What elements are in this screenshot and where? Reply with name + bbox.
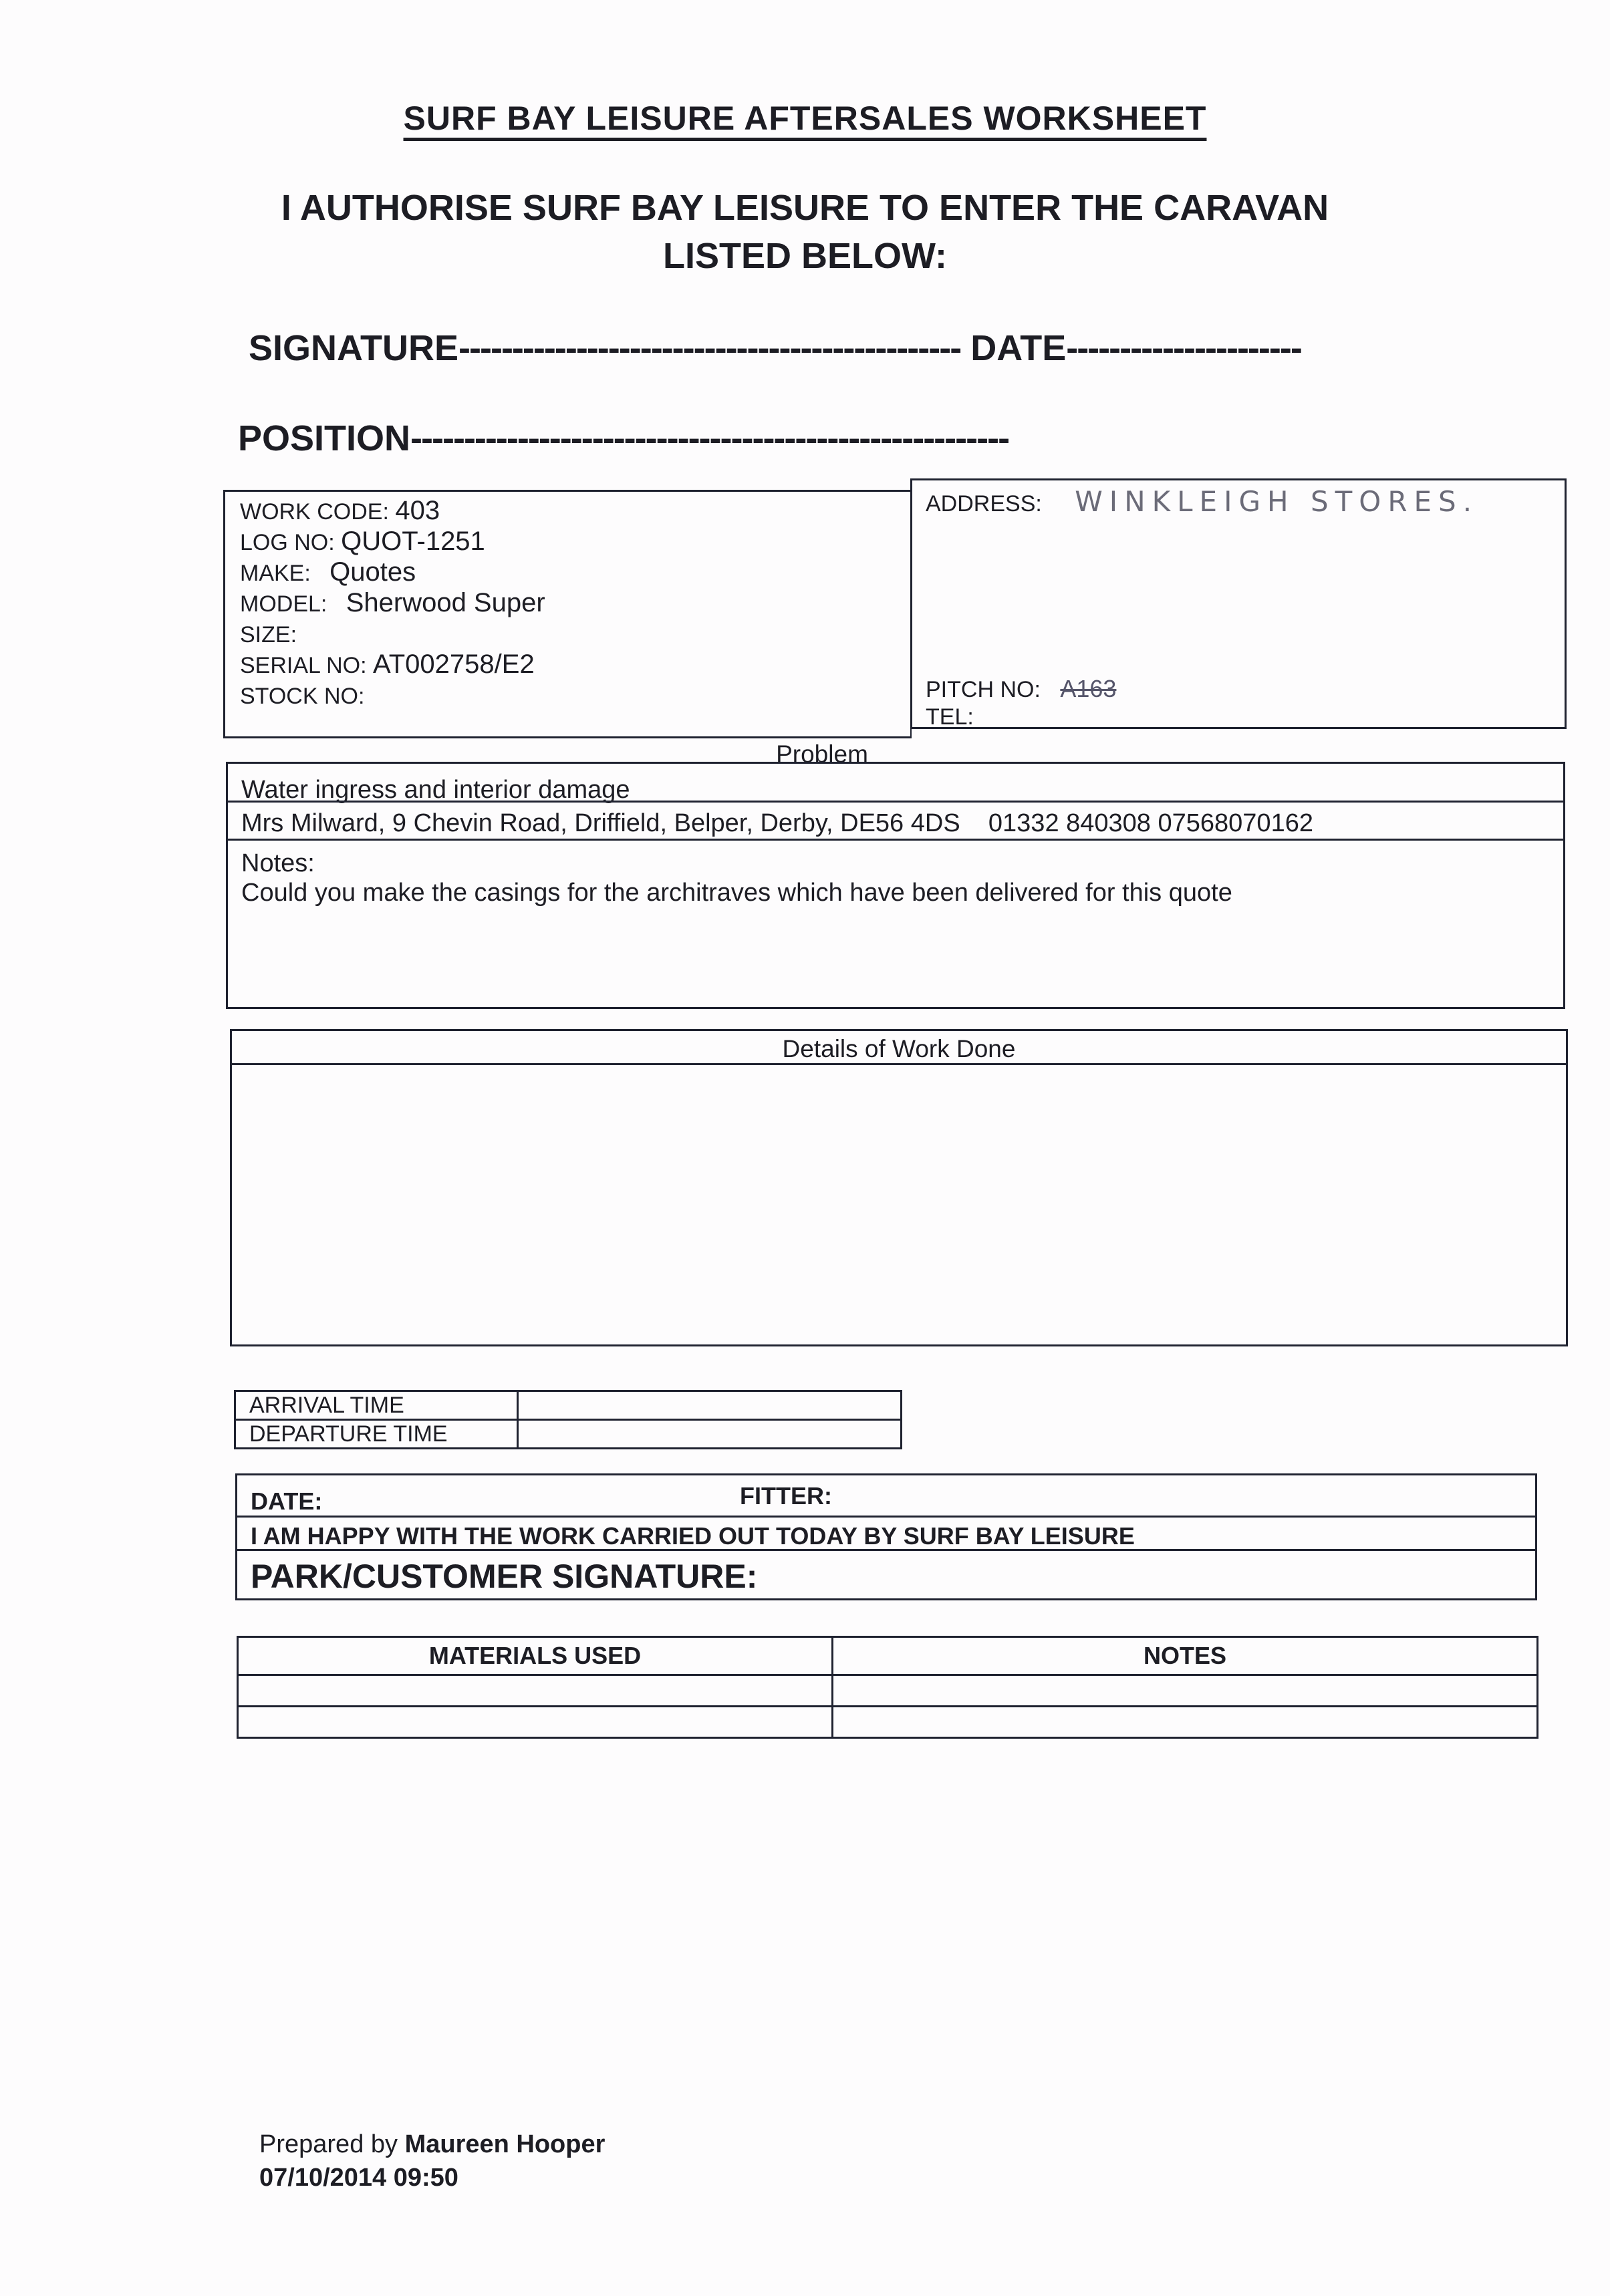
arrival-row: ARRIVAL TIME <box>235 1391 902 1420</box>
authorisation-statement: I AUTHORISE SURF BAY LEISURE TO ENTER TH… <box>0 184 1610 280</box>
times-table: ARRIVAL TIME DEPARTURE TIME <box>234 1390 902 1449</box>
signature-field[interactable]: ----------------------------------------… <box>458 328 960 368</box>
caravan-details-box: WORK CODE: 403 LOG NO: QUOT-1251 MAKE: Q… <box>223 490 912 738</box>
pitch-no-label: PITCH NO: <box>926 677 1041 702</box>
serial-no-label: SERIAL NO: <box>240 653 367 678</box>
model-row: MODEL: Sherwood Super <box>240 588 545 619</box>
log-no-value: QUOT-1251 <box>341 527 485 556</box>
position-field[interactable]: ----------------------------------------… <box>410 418 1009 458</box>
work-code-value: 403 <box>395 496 440 525</box>
arrival-time-label: ARRIVAL TIME <box>235 1391 518 1420</box>
position-line: POSITION--------------------------------… <box>238 418 1009 459</box>
worksheet-title-text: SURF BAY LEISURE AFTERSALES WORKSHEET <box>404 100 1207 137</box>
notes-cell[interactable] <box>833 1675 1538 1707</box>
serial-no-value: AT002758/E2 <box>373 650 535 679</box>
address-label: ADDRESS: <box>926 491 1042 517</box>
satisfaction-statement: I AM HAPPY WITH THE WORK CARRIED OUT TOD… <box>251 1522 1135 1550</box>
size-row: SIZE: <box>240 619 545 650</box>
notes-header: NOTES <box>833 1637 1538 1675</box>
arrival-time-field[interactable] <box>518 1391 902 1420</box>
materials-used-header: MATERIALS USED <box>238 1637 833 1675</box>
pitch-no-value-struck: A163 <box>1060 675 1116 702</box>
date-label: DATE <box>970 328 1066 368</box>
make-row: MAKE: Quotes <box>240 557 545 588</box>
problem-box: Water ingress and interior damage Mrs Mi… <box>226 762 1565 1009</box>
materials-cell[interactable] <box>238 1707 833 1738</box>
worksheet-title: SURF BAY LEISURE AFTERSALES WORKSHEET <box>0 99 1610 138</box>
stock-no-row: STOCK NO: <box>240 680 545 711</box>
size-label: SIZE: <box>240 622 297 648</box>
signature-date-line: SIGNATURE-------------------------------… <box>249 327 1301 369</box>
tel-label: TEL: <box>926 704 974 730</box>
customer-address: Mrs Milward, 9 Chevin Road, Driffield, B… <box>241 809 960 837</box>
work-code-label: WORK CODE: <box>240 499 389 525</box>
customer-phones: 01332 840308 07568070162 <box>988 809 1313 837</box>
work-done-content[interactable] <box>232 1066 1566 1344</box>
departure-time-field[interactable] <box>518 1420 902 1449</box>
prepared-by-label: Prepared by <box>259 2130 398 2158</box>
signoff-date-label: DATE: <box>251 1487 322 1516</box>
model-label: MODEL: <box>240 591 327 617</box>
materials-header-row: MATERIALS USED NOTES <box>238 1637 1538 1675</box>
work-done-heading: Details of Work Done <box>232 1035 1566 1063</box>
departure-row: DEPARTURE TIME <box>235 1420 902 1449</box>
log-no-row: LOG NO: QUOT-1251 <box>240 527 545 557</box>
authorisation-line-2: LISTED BELOW: <box>0 232 1610 280</box>
customer-signature-label: PARK/CUSTOMER SIGNATURE: <box>251 1557 757 1596</box>
prepared-by-line: Prepared by Maureen Hooper <box>259 2130 605 2159</box>
work-done-box: Details of Work Done <box>230 1029 1568 1346</box>
address-handwritten: WINKLEIGH STORES. <box>1075 485 1478 518</box>
work-code-row: WORK CODE: 403 <box>240 496 545 527</box>
materials-cell[interactable] <box>238 1675 833 1707</box>
make-value: Quotes <box>329 557 416 587</box>
materials-row <box>238 1675 1538 1707</box>
prepared-by-name: Maureen Hooper <box>405 2130 606 2158</box>
model-value: Sherwood Super <box>346 588 545 617</box>
materials-table: MATERIALS USED NOTES <box>237 1636 1538 1739</box>
notes-label: Notes: <box>228 849 315 878</box>
log-no-label: LOG NO: <box>240 530 335 555</box>
stock-no-label: STOCK NO: <box>240 684 364 709</box>
authorisation-line-1: I AUTHORISE SURF BAY LEISURE TO ENTER TH… <box>0 184 1610 232</box>
customer-contact-row: Mrs Milward, 9 Chevin Road, Driffield, B… <box>228 809 1313 838</box>
signoff-box: DATE: FITTER: I AM HAPPY WITH THE WORK C… <box>235 1473 1537 1600</box>
address-box: ADDRESS: WINKLEIGH STORES. PITCH NO: A16… <box>910 478 1567 729</box>
position-label: POSITION <box>238 418 410 458</box>
date-field[interactable]: ---------------------- <box>1066 328 1301 368</box>
serial-no-row: SERIAL NO: AT002758/E2 <box>240 650 545 680</box>
materials-row <box>238 1707 1538 1738</box>
fitter-label: FITTER: <box>740 1482 832 1510</box>
signature-label: SIGNATURE <box>249 328 458 368</box>
notes-text: Could you make the casings for the archi… <box>228 879 1232 907</box>
departure-time-label: DEPARTURE TIME <box>235 1420 518 1449</box>
make-label: MAKE: <box>240 561 311 586</box>
notes-cell[interactable] <box>833 1707 1538 1738</box>
prepared-timestamp: 07/10/2014 09:50 <box>259 2164 458 2192</box>
